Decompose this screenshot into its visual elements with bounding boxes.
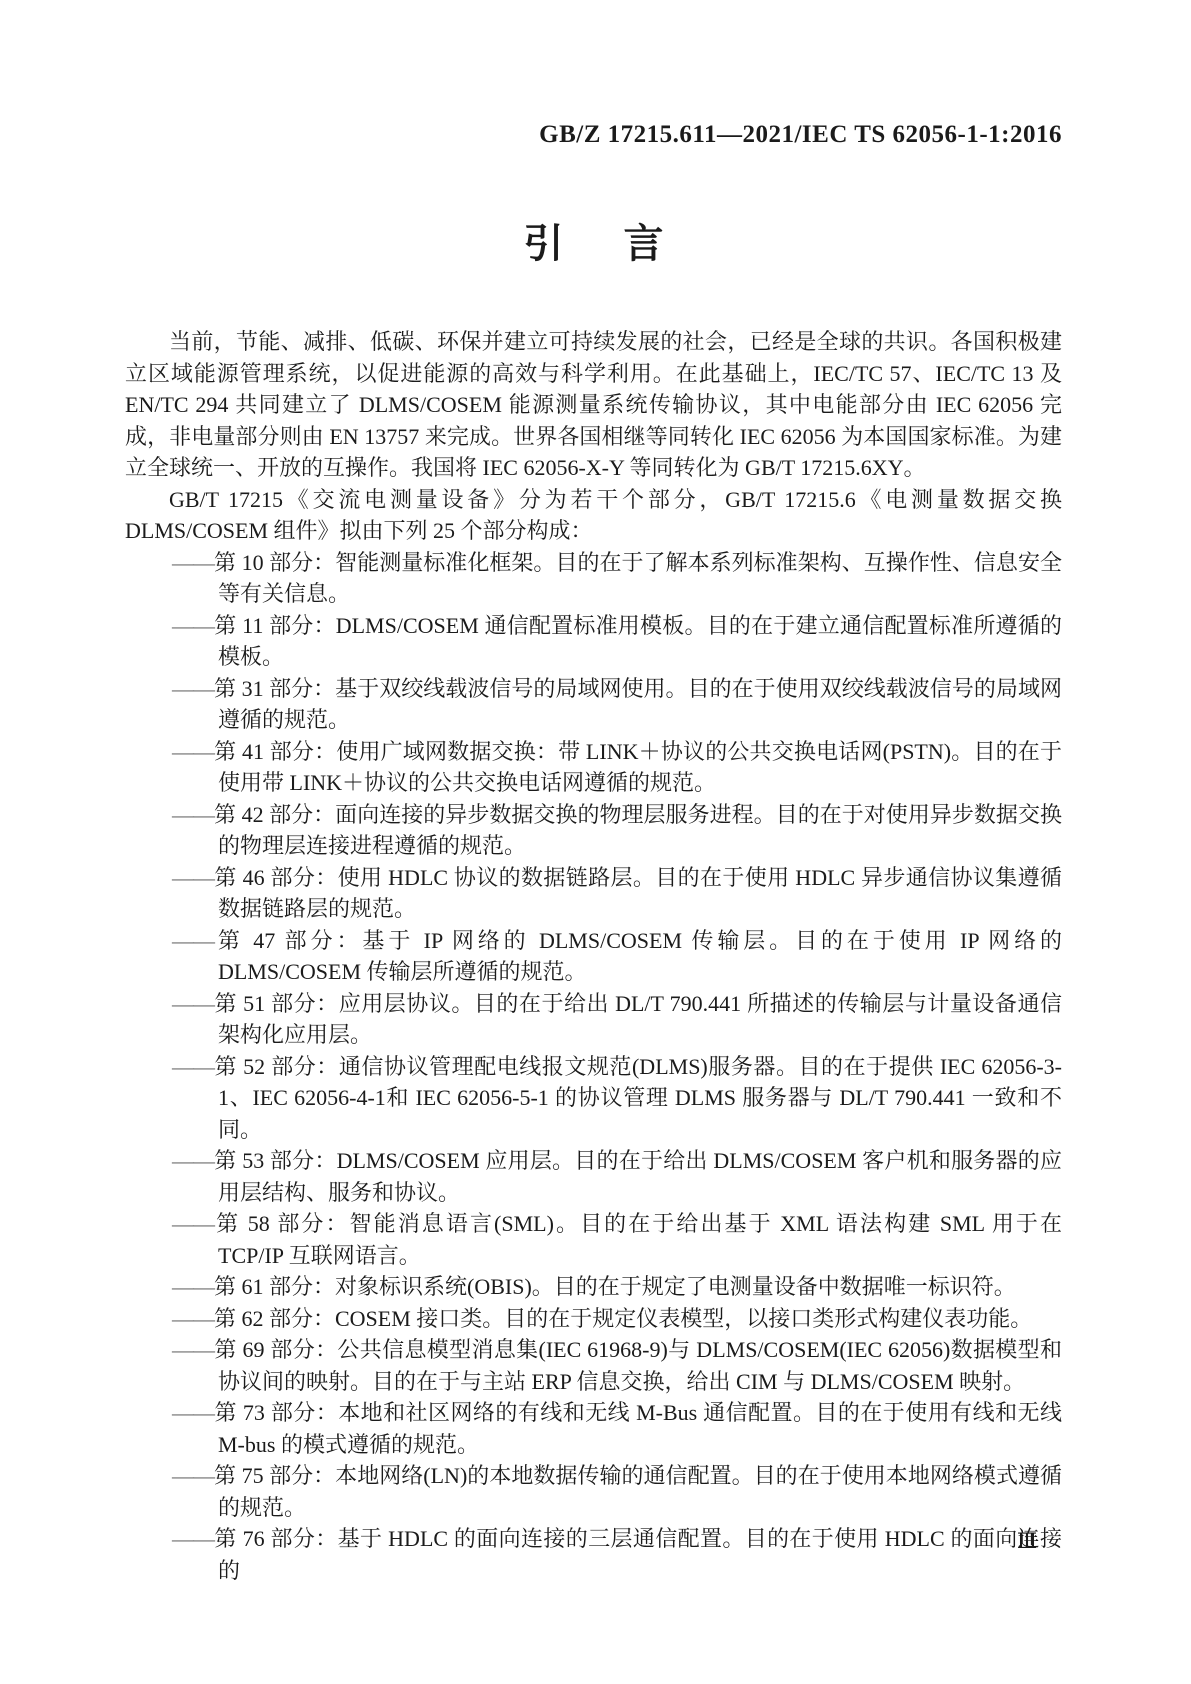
part-list-item: ——第 41 部分：使用广域网数据交换：带 LINK＋协议的公共交换电话网(PS…: [125, 736, 1062, 799]
item-dash: ——: [172, 802, 214, 827]
part-item-text: 第 10 部分：智能测量标准化框架。目的在于了解本系列标准架构、互操作性、信息安…: [214, 550, 1062, 607]
item-dash: ——: [172, 1148, 214, 1173]
part-list-item: ——第 61 部分：对象标识系统(OBIS)。目的在于规定了电测量设备中数据唯一…: [125, 1271, 1062, 1303]
item-dash: ——: [172, 613, 214, 638]
item-dash: ——: [172, 550, 214, 575]
part-list-item: ——第 10 部分：智能测量标准化框架。目的在于了解本系列标准架构、互操作性、信…: [125, 547, 1062, 610]
part-list-item: ——第 42 部分：面向连接的异步数据交换的物理层服务进程。目的在于对使用异步数…: [125, 799, 1062, 862]
part-list-item: ——第 58 部分：智能消息语言(SML)。目的在于给出基于 XML 语法构建 …: [125, 1208, 1062, 1271]
part-item-text: 第 41 部分：使用广域网数据交换：带 LINK＋协议的公共交换电话网(PSTN…: [214, 739, 1062, 796]
item-dash: ——: [172, 928, 214, 953]
part-item-text: 第 61 部分：对象标识系统(OBIS)。目的在于规定了电测量设备中数据唯一标识…: [214, 1274, 1016, 1299]
part-list-item: ——第 52 部分：通信协议管理配电线报文规范(DLMS)服务器。目的在于提供 …: [125, 1051, 1062, 1146]
part-item-text: 第 31 部分：基于双绞线载波信号的局域网使用。目的在于使用双绞线载波信号的局域…: [214, 676, 1062, 733]
item-dash: ——: [172, 1306, 214, 1331]
part-list-item: ——第 69 部分：公共信息模型消息集(IEC 61968-9)与 DLMS/C…: [125, 1334, 1062, 1397]
part-item-text: 第 75 部分：本地网络(LN)的本地数据传输的通信配置。目的在于使用本地网络模…: [214, 1463, 1062, 1520]
part-list-item: ——第 73 部分：本地和社区网络的有线和无线 M-Bus 通信配置。目的在于使…: [125, 1397, 1062, 1460]
item-dash: ——: [172, 1274, 214, 1299]
item-dash: ——: [172, 991, 214, 1016]
document-page: GB/Z 17215.611—2021/IEC TS 62056-1-1:201…: [0, 0, 1191, 1684]
part-list-item: ——第 46 部分：使用 HDLC 协议的数据链路层。目的在于使用 HDLC 异…: [125, 862, 1062, 925]
part-list-item: ——第 31 部分：基于双绞线载波信号的局域网使用。目的在于使用双绞线载波信号的…: [125, 673, 1062, 736]
part-list-item: ——第 62 部分：COSEM 接口类。目的在于规定仪表模型，以接口类形式构建仪…: [125, 1303, 1062, 1335]
part-item-text: 第 46 部分：使用 HDLC 协议的数据链路层。目的在于使用 HDLC 异步通…: [214, 865, 1062, 922]
item-dash: ——: [172, 739, 214, 764]
part-list-item: ——第 51 部分：应用层协议。目的在于给出 DL/T 790.441 所描述的…: [125, 988, 1062, 1051]
part-item-text: 第 51 部分：应用层协议。目的在于给出 DL/T 790.441 所描述的传输…: [214, 991, 1062, 1048]
intro-paragraph-1: 当前，节能、减排、低碳、环保并建立可持续发展的社会，已经是全球的共识。各国积极建…: [125, 326, 1062, 484]
introduction-body: 当前，节能、减排、低碳、环保并建立可持续发展的社会，已经是全球的共识。各国积极建…: [125, 326, 1062, 1586]
part-list-item: ——第 75 部分：本地网络(LN)的本地数据传输的通信配置。目的在于使用本地网…: [125, 1460, 1062, 1523]
page-title: 引 言: [125, 222, 1062, 266]
part-item-text: 第 53 部分：DLMS/COSEM 应用层。目的在于给出 DLMS/COSEM…: [214, 1148, 1062, 1205]
intro-paragraph-2: GB/T 17215《交流电测量设备》分为若干个部分，GB/T 17215.6《…: [125, 484, 1062, 547]
part-item-text: 第 69 部分：公共信息模型消息集(IEC 61968-9)与 DLMS/COS…: [214, 1337, 1062, 1394]
part-list-item: ——第 76 部分：基于 HDLC 的面向连接的三层通信配置。目的在于使用 HD…: [125, 1523, 1062, 1586]
part-list-item: ——第 53 部分：DLMS/COSEM 应用层。目的在于给出 DLMS/COS…: [125, 1145, 1062, 1208]
part-item-text: 第 58 部分：智能消息语言(SML)。目的在于给出基于 XML 语法构建 SM…: [214, 1211, 1062, 1268]
item-dash: ——: [172, 1400, 214, 1425]
item-dash: ——: [172, 676, 214, 701]
part-item-text: 第 11 部分：DLMS/COSEM 通信配置标准用模板。目的在于建立通信配置标…: [214, 613, 1062, 670]
item-dash: ——: [172, 1211, 214, 1236]
standard-code-header: GB/Z 17215.611—2021/IEC TS 62056-1-1:201…: [125, 121, 1062, 149]
part-item-text: 第 52 部分：通信协议管理配电线报文规范(DLMS)服务器。目的在于提供 IE…: [214, 1054, 1062, 1142]
part-item-text: 第 76 部分：基于 HDLC 的面向连接的三层通信配置。目的在于使用 HDLC…: [214, 1526, 1062, 1583]
item-dash: ——: [172, 865, 214, 890]
part-list-item: ——第 11 部分：DLMS/COSEM 通信配置标准用模板。目的在于建立通信配…: [125, 610, 1062, 673]
page-number: Ⅲ: [952, 1529, 1102, 1554]
part-item-text: 第 47 部分：基于 IP 网络的 DLMS/COSEM 传输层。目的在于使用 …: [214, 928, 1062, 985]
item-dash: ——: [172, 1463, 214, 1488]
item-dash: ——: [172, 1337, 214, 1362]
part-list-item: ——第 47 部分：基于 IP 网络的 DLMS/COSEM 传输层。目的在于使…: [125, 925, 1062, 988]
item-dash: ——: [172, 1526, 214, 1551]
part-item-text: 第 73 部分：本地和社区网络的有线和无线 M-Bus 通信配置。目的在于使用有…: [214, 1400, 1062, 1457]
part-item-text: 第 42 部分：面向连接的异步数据交换的物理层服务进程。目的在于对使用异步数据交…: [214, 802, 1062, 859]
item-dash: ——: [172, 1054, 214, 1079]
part-item-text: 第 62 部分：COSEM 接口类。目的在于规定仪表模型，以接口类形式构建仪表功…: [214, 1306, 1032, 1331]
